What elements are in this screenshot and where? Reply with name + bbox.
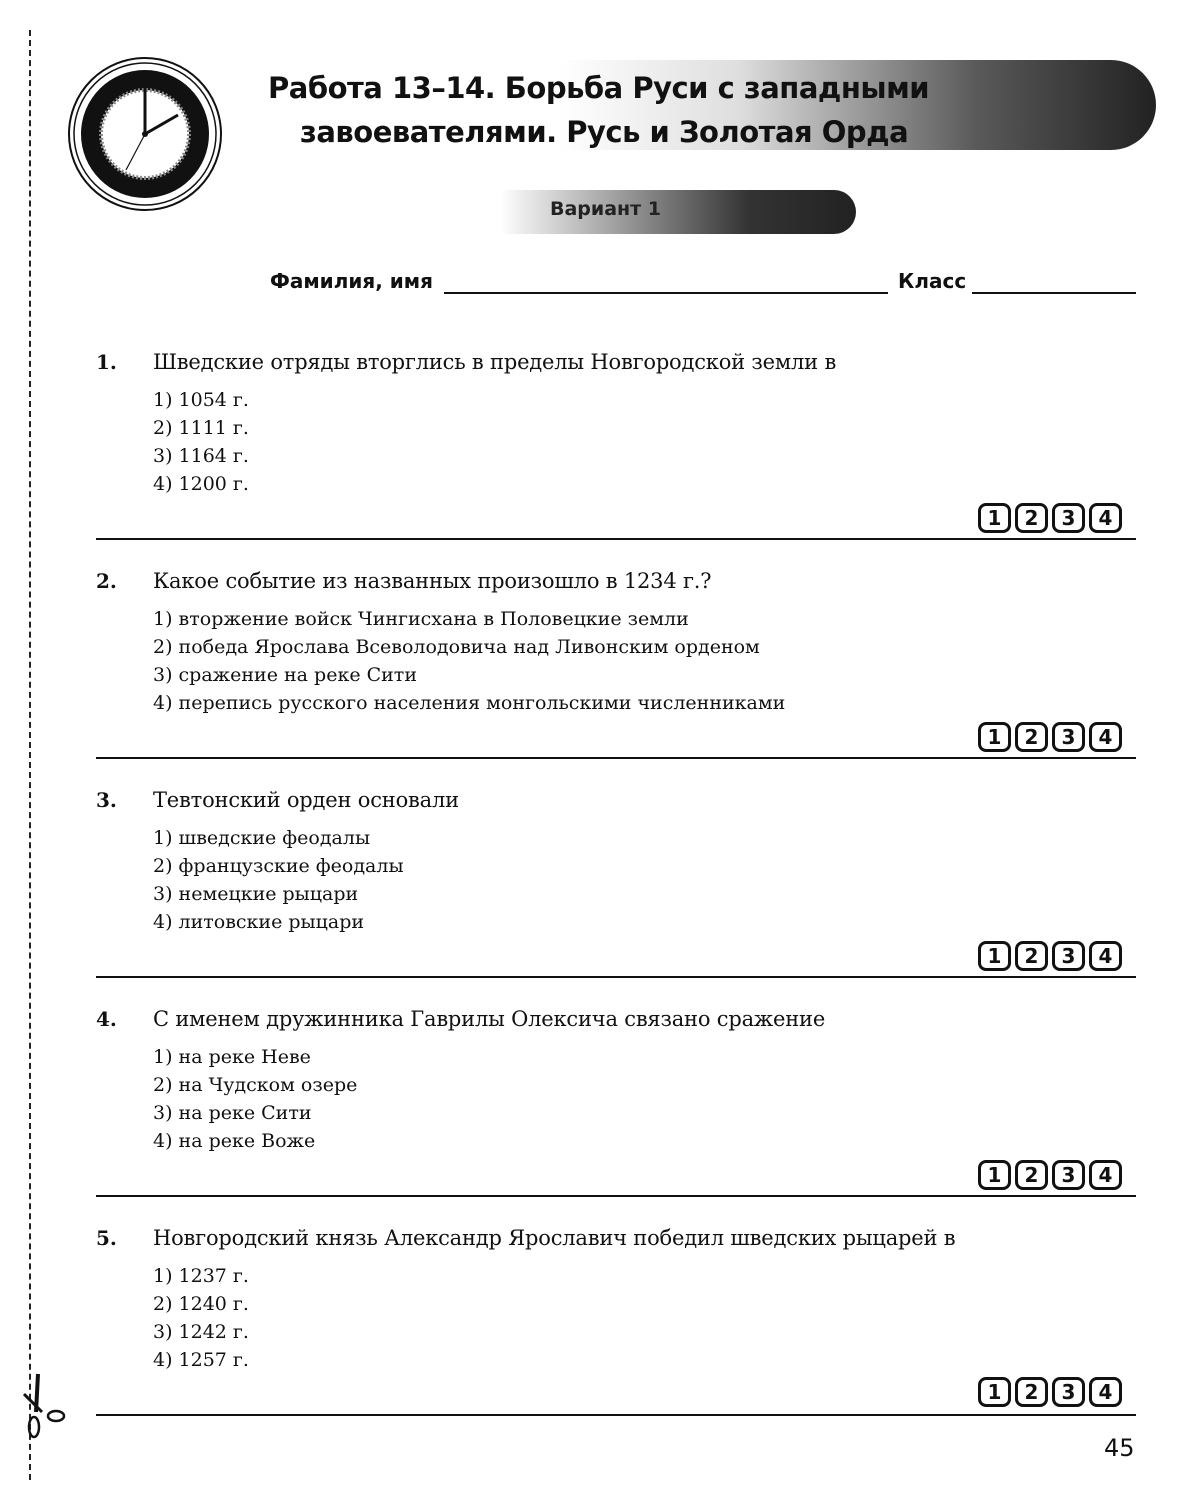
divider (96, 757, 1136, 759)
answer-box-2[interactable]: 2 (1015, 1160, 1048, 1190)
question-text: Новгородский князь Александр Ярославич п… (153, 1226, 955, 1250)
answer-box-2[interactable]: 2 (1015, 1377, 1048, 1407)
answer-box-1[interactable]: 1 (978, 1377, 1011, 1407)
answer-boxes: 1 2 3 4 (978, 503, 1122, 533)
options-list: 1) 1237 г. 2) 1240 г. 3) 1242 г. 4) 1257… (153, 1262, 249, 1374)
option: 3) немецкие рыцари (153, 880, 404, 908)
title-line-1: Работа 13–14. Борьба Руси с западными (268, 71, 929, 105)
question-number: 5. (96, 1226, 117, 1250)
question-number: 3. (96, 788, 117, 812)
question-text: Тевтонский орден основали (153, 788, 459, 812)
page-title: Работа 13–14. Борьба Руси с западными за… (268, 66, 929, 154)
answer-box-3[interactable]: 3 (1052, 722, 1085, 752)
option: 3) на реке Сити (153, 1099, 357, 1127)
answer-box-2[interactable]: 2 (1015, 941, 1048, 971)
option: 2) на Чудском озере (153, 1071, 357, 1099)
answer-box-4[interactable]: 4 (1089, 941, 1122, 971)
answer-box-3[interactable]: 3 (1052, 1160, 1085, 1190)
option: 1) шведские феодалы (153, 824, 404, 852)
question-1: 1. Шведские отряды вторглись в пределы Н… (96, 350, 1136, 542)
answer-box-3[interactable]: 3 (1052, 941, 1085, 971)
option: 1) вторжение войск Чингисхана в Половецк… (153, 605, 785, 633)
option: 4) на реке Воже (153, 1127, 357, 1155)
options-list: 1) шведские феодалы 2) французские феода… (153, 824, 404, 936)
question-number: 2. (96, 569, 117, 593)
option: 4) 1200 г. (153, 470, 249, 498)
name-label: Фамилия, имя (270, 269, 433, 293)
question-5: 5. Новгородский князь Александр Ярослави… (96, 1226, 1136, 1418)
answer-box-4[interactable]: 4 (1089, 503, 1122, 533)
answer-box-1[interactable]: 1 (978, 503, 1011, 533)
option: 2) 1240 г. (153, 1290, 249, 1318)
answer-box-4[interactable]: 4 (1089, 1377, 1122, 1407)
variant-label: Вариант 1 (550, 198, 661, 220)
question-text: Шведские отряды вторглись в пределы Новг… (153, 350, 836, 374)
answer-box-3[interactable]: 3 (1052, 503, 1085, 533)
option: 1) на реке Неве (153, 1043, 357, 1071)
student-info-row: Фамилия, имя Класс (270, 266, 1136, 296)
divider (96, 538, 1136, 540)
question-number: 4. (96, 1007, 117, 1031)
option: 1) 1237 г. (153, 1262, 249, 1290)
clock-icon (66, 55, 224, 213)
option: 4) перепись русского населения монгольск… (153, 689, 785, 717)
answer-box-2[interactable]: 2 (1015, 503, 1048, 533)
divider (96, 976, 1136, 978)
page-number: 45 (1104, 1434, 1135, 1462)
name-field[interactable] (444, 292, 888, 294)
option: 3) сражение на реке Сити (153, 661, 785, 689)
answer-box-1[interactable]: 1 (978, 722, 1011, 752)
answer-boxes: 1 2 3 4 (978, 1377, 1122, 1407)
answer-boxes: 1 2 3 4 (978, 941, 1122, 971)
options-list: 1) 1054 г. 2) 1111 г. 3) 1164 г. 4) 1200… (153, 386, 249, 498)
answer-boxes: 1 2 3 4 (978, 1160, 1122, 1190)
question-3: 3. Тевтонский орден основали 1) шведские… (96, 788, 1136, 980)
answer-box-4[interactable]: 4 (1089, 1160, 1122, 1190)
class-label: Класс (898, 269, 966, 293)
option: 4) 1257 г. (153, 1346, 249, 1374)
divider (96, 1414, 1136, 1416)
question-2: 2. Какое событие из названных произошло … (96, 569, 1136, 761)
question-4: 4. С именем дружинника Гаврилы Олексича … (96, 1007, 1136, 1199)
cut-line (29, 30, 31, 1480)
option: 4) литовские рыцари (153, 908, 404, 936)
question-text: Какое событие из названных произошло в 1… (153, 569, 711, 593)
answer-box-3[interactable]: 3 (1052, 1377, 1085, 1407)
option: 2) победа Ярослава Всеволодовича над Лив… (153, 633, 785, 661)
question-text: С именем дружинника Гаврилы Олексича свя… (153, 1007, 825, 1031)
option: 3) 1164 г. (153, 442, 249, 470)
option: 1) 1054 г. (153, 386, 249, 414)
option: 2) французские феодалы (153, 852, 404, 880)
option: 2) 1111 г. (153, 414, 249, 442)
option: 3) 1242 г. (153, 1318, 249, 1346)
answer-box-1[interactable]: 1 (978, 941, 1011, 971)
answer-box-2[interactable]: 2 (1015, 722, 1048, 752)
answer-boxes: 1 2 3 4 (978, 722, 1122, 752)
question-number: 1. (96, 350, 117, 374)
options-list: 1) вторжение войск Чингисхана в Половецк… (153, 605, 785, 717)
answer-box-4[interactable]: 4 (1089, 722, 1122, 752)
scissors-icon (22, 1372, 72, 1442)
title-line-2: завоевателями. Русь и Золотая Орда (268, 110, 929, 154)
answer-box-1[interactable]: 1 (978, 1160, 1011, 1190)
options-list: 1) на реке Неве 2) на Чудском озере 3) н… (153, 1043, 357, 1155)
divider (96, 1195, 1136, 1197)
class-field[interactable] (972, 292, 1136, 294)
